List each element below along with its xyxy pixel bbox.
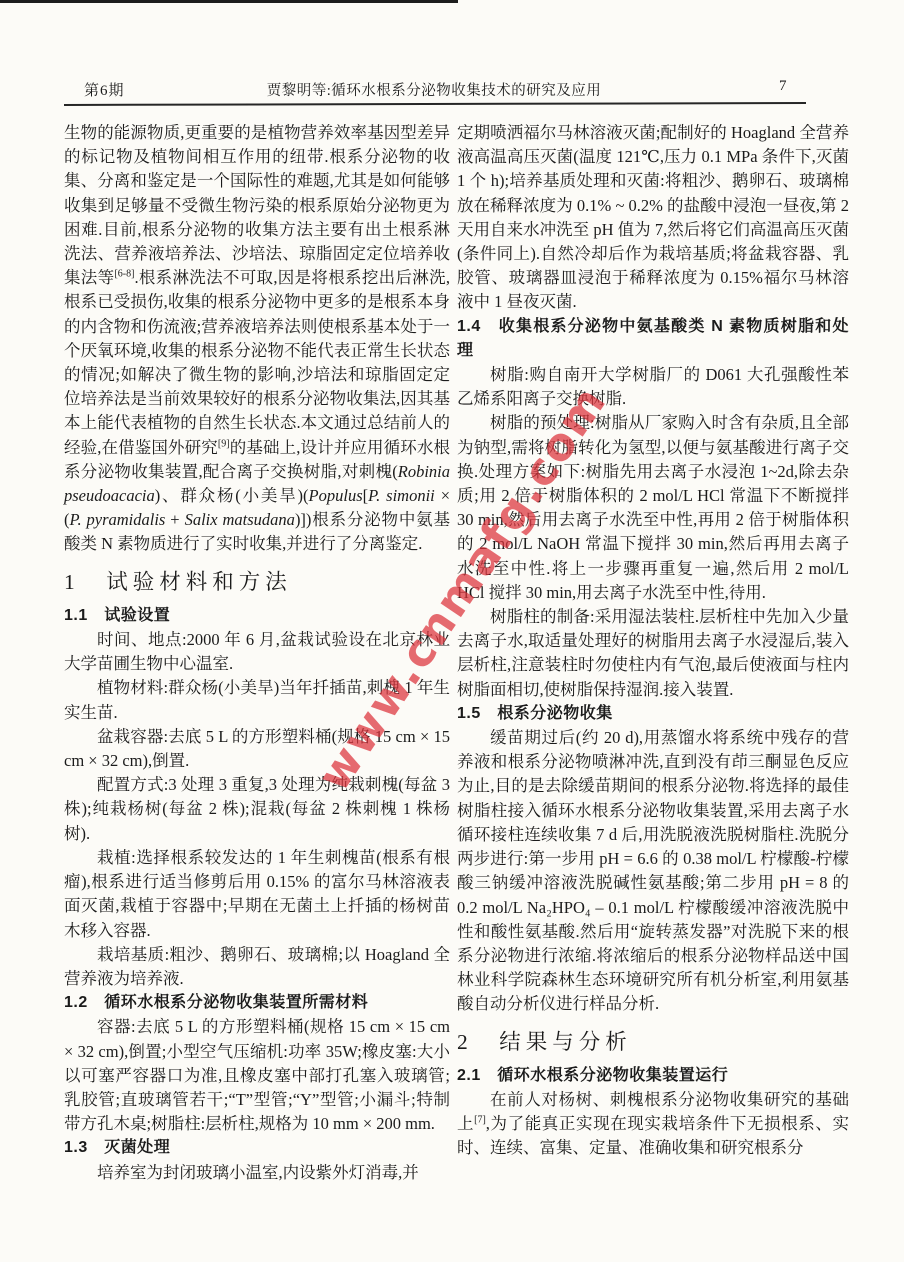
subsection-heading: 1.3 灭菌处理 — [64, 1136, 450, 1160]
column-right: 定期喷洒福尔马林溶液灭菌;配制好的 Hoagland 全营养液高温高压灭菌(温度… — [457, 121, 849, 1161]
subsection-heading: 1.5 根系分泌物收集 — [457, 702, 849, 726]
subsection-heading: 1.2 循环水根系分泌物收集装置所需材料 — [64, 991, 450, 1015]
paragraph: 培养室为封闭玻璃小温室,内设紫外灯消毒,并 — [64, 1161, 450, 1185]
paragraph: 生物的能源物质,更重要的是植物营养效率基因型差异的标记物及植物间相互作用的纽带.… — [64, 121, 450, 557]
header-rule — [64, 102, 806, 106]
paragraph: 树脂:购自南开大学树脂厂的 D061 大孔强酸性苯乙烯系阳离子交换树脂. — [457, 363, 849, 411]
paragraph: 定期喷洒福尔马林溶液灭菌;配制好的 Hoagland 全营养液高温高压灭菌(温度… — [457, 121, 849, 315]
scan-artifact-top-line — [0, 0, 458, 3]
paragraph: 栽培基质:粗沙、鹅卵石、玻璃棉;以 Hoagland 全营养液为培养液. — [64, 943, 450, 991]
paragraph: 缓苗期过后(约 20 d),用蒸馏水将系统中残存的营养液和根系分泌物喷淋冲洗,直… — [457, 726, 849, 1016]
subsection-heading: 2.1 循环水根系分泌物收集装置运行 — [457, 1064, 849, 1088]
paragraph: 盆栽容器:去底 5 L 的方形塑料桶(规格 15 cm × 15 cm × 32… — [64, 725, 450, 773]
column-left: 生物的能源物质,更重要的是植物营养效率基因型差异的标记物及植物间相互作用的纽带.… — [64, 121, 450, 1185]
paragraph: 配置方式:3 处理 3 重复,3 处理为纯栽刺槐(每盆 3 株);纯栽杨树(每盆… — [64, 773, 450, 846]
header-page-number: 7 — [779, 78, 787, 95]
paragraph: 在前人对杨树、刺槐根系分泌物收集研究的基础上[7],为了能真正实现在现实栽培条件… — [457, 1088, 849, 1161]
paragraph: 树脂的预处理:树脂从厂家购入时含有杂质,且全部为钠型,需将树脂转化为氢型,以便与… — [457, 411, 849, 605]
paragraph: 树脂柱的制备:采用湿法装柱.层析柱中先加入少量去离子水,取适量处理好的树脂用去离… — [457, 605, 849, 702]
header-running-title: 贾黎明等:循环水根系分泌物收集技术的研究及应用 — [64, 79, 804, 100]
paragraph: 时间、地点:2000 年 6 月,盆栽试验设在北京林业大学苗圃生物中心温室. — [64, 628, 450, 676]
subsection-heading: 1.4 收集根系分泌物中氨基酸类 N 素物质树脂和处理 — [457, 315, 849, 363]
paragraph: 植物材料:群众杨(小美旱)当年扦插苗,刺槐 1 年生实生苗. — [64, 676, 450, 724]
subsection-heading: 1.1 试验设置 — [64, 604, 450, 628]
section-heading: 2 结果与分析 — [457, 1030, 849, 1054]
paragraph: 栽植:选择根系较发达的 1 年生刺槐苗(根系有根瘤),根系进行适当修剪后用 0.… — [64, 846, 450, 943]
paragraph: 容器:去底 5 L 的方形塑料桶(规格 15 cm × 15 cm × 32 c… — [64, 1015, 450, 1136]
section-heading: 1 试验材料和方法 — [64, 570, 450, 594]
journal-page: 第6期 贾黎明等:循环水根系分泌物收集技术的研究及应用 7 生物的能源物质,更重… — [0, 0, 904, 1262]
